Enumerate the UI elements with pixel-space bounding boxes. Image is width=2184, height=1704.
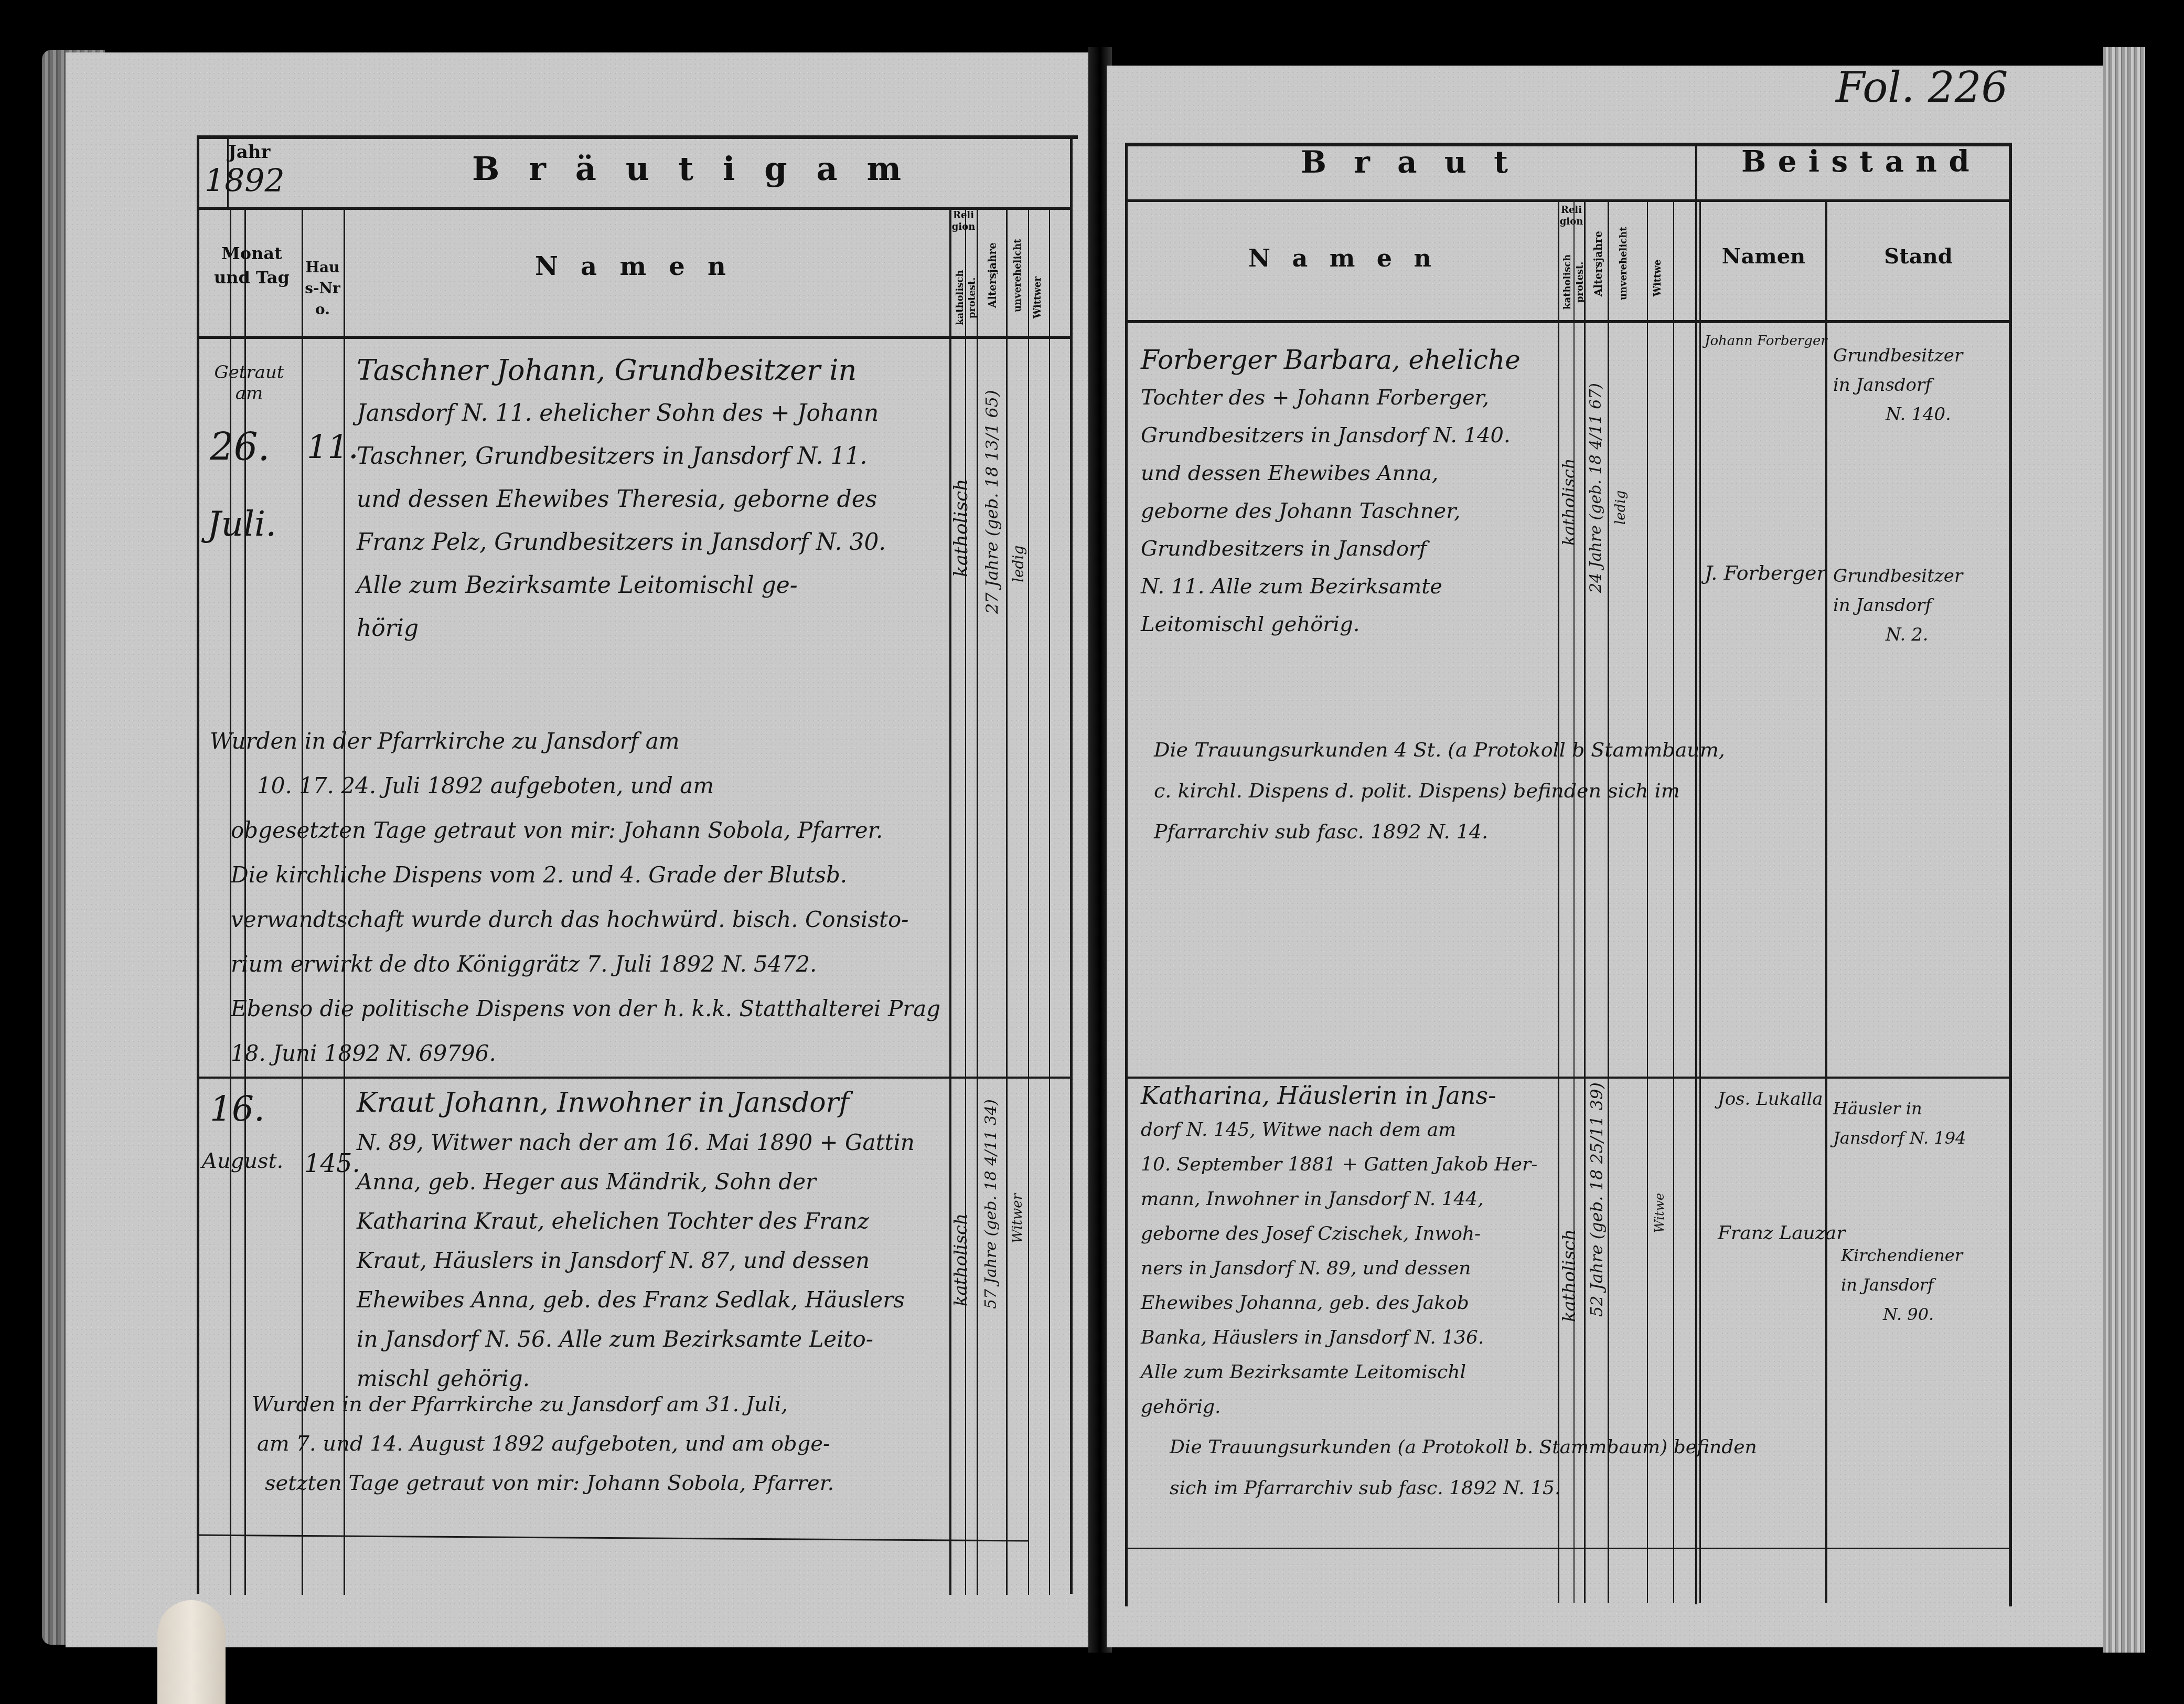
witness-2-name: Franz Lauzar [1718, 1222, 1845, 1244]
bride-religion: katholisch [1559, 409, 1579, 546]
col-header-unmarried: unverehelicht [1618, 210, 1629, 317]
col-header-protestant: protest. [1575, 247, 1586, 317]
entry-month: Juli. [207, 504, 276, 544]
bride-status: ledig [1613, 462, 1629, 525]
year-label: Jahr [202, 142, 296, 163]
entry-date-prefix: Getraut am [202, 362, 296, 404]
col-header-widow: Wittwe [1652, 241, 1663, 315]
col-header-age: Altersjahre [1592, 210, 1604, 317]
bride-age: 52 Jahre (geb. 18 25/11 39) [1587, 1086, 1607, 1317]
col-header-religion: Religion [1559, 205, 1584, 228]
book-page-edges-right [2103, 47, 2145, 1653]
col-header-religion: Religion [950, 210, 977, 233]
col-header-bride-names: Namen [1248, 244, 1453, 272]
col-header-unmarried: unverehelicht [1012, 220, 1023, 331]
groom-description: Taschner Johann, Grundbesitzer in Jansdo… [357, 349, 944, 650]
entry-day: 26. [210, 425, 270, 469]
groom-section-title: Bräutigam [472, 150, 930, 188]
marriage-note: Wurden in der Pfarrkirche zu Jansdorf am… [252, 1385, 955, 1503]
witness-1-status: Grundbesitzer in Jansdorf N. 140. [1833, 341, 1963, 429]
groom-status: Witwer [1010, 1170, 1025, 1243]
witness-2-status: Grundbesitzer in Jansdorf N. 2. [1833, 561, 1963, 649]
entry-house-no: 145. [304, 1149, 360, 1178]
col-header-witness-names: Namen [1702, 244, 1825, 269]
wooden-bookmark [157, 1600, 226, 1704]
groom-religion: katholisch [950, 1170, 971, 1306]
year-value: 1892 [205, 163, 285, 199]
col-header-house: Haus-Nro. [304, 257, 341, 320]
groom-age: 57 Jahre (geb. 18 4/11 34) [982, 1089, 1000, 1309]
documents-note: Die Trauungsurkunden (a Protokoll b. Sta… [1170, 1427, 2009, 1509]
bride-status: Witwe [1652, 1170, 1667, 1233]
bride-age: 24 Jahre (geb. 18 4/11 67) [1587, 367, 1605, 593]
entry-month: August. [202, 1149, 283, 1173]
witness-section-title: Beistand [1741, 144, 1981, 179]
groom-description: Kraut Johann, Inwohner in Jansdorf N. 89… [357, 1083, 944, 1398]
witness-2-name: J. Forberger [1705, 561, 1826, 584]
witness-1-name: Jos. Lukalla [1718, 1089, 1823, 1110]
entry-day: 16. [210, 1089, 265, 1129]
bride-description: Katharina, Häuslerin in Jans- dorf N. 14… [1141, 1078, 1560, 1424]
bride-section-title: Braut [1301, 144, 1535, 180]
folio-number: Fol. 226 [1836, 63, 2008, 112]
documents-note: Die Trauungsurkunden 4 St. (a Protokoll … [1154, 729, 1993, 852]
col-header-date: Monat und Tag [205, 241, 299, 290]
groom-age: 27 Jahre (geb. 18 13/1 65) [982, 378, 1002, 614]
col-header-witness-status: Stand [1828, 244, 2009, 269]
col-header-catholic: katholisch [955, 262, 966, 333]
witness-2-status: Kirchendiener in Jansdorf N. 90. [1841, 1241, 1963, 1329]
col-header-catholic: katholisch [1562, 247, 1573, 317]
col-header-names: Namen [535, 252, 748, 281]
witness-1-name: Johann Forberger [1705, 333, 1827, 349]
col-header-protestant: protest. [967, 262, 978, 333]
witness-1-status: Häusler in Jansdorf N. 194 [1833, 1094, 1966, 1153]
bride-description: Forberger Barbara, eheliche Tochter des … [1141, 341, 1560, 643]
bride-religion: katholisch [1559, 1165, 1580, 1322]
marriage-note: Wurden in der Pfarrkirche zu Jansdorf am… [210, 719, 955, 1075]
entry-house-no: 11. [307, 428, 359, 466]
col-header-widower: Wittwer [1032, 262, 1043, 333]
groom-status: ledig [1010, 509, 1027, 582]
col-header-age: Altersjahre [986, 220, 999, 331]
groom-religion: katholisch [950, 430, 972, 577]
